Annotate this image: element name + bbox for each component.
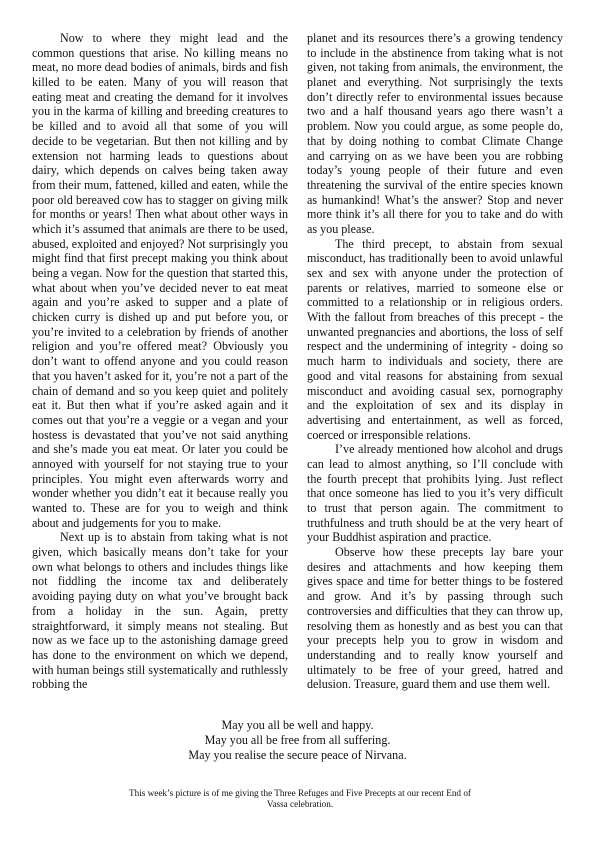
blessing-line: May you all be well and happy. — [0, 718, 595, 733]
left-column: Now to where they might lead and the com… — [32, 31, 288, 692]
paragraph-fourth-precept: I’ve already mentioned how alcohol and d… — [307, 442, 563, 545]
blessing-line: May you realise the secure peace of Nirv… — [0, 748, 595, 763]
paragraph-conclusion: Observe how these precepts lay bare your… — [307, 545, 563, 692]
blessing-block: May you all be well and happy. May you a… — [0, 718, 595, 763]
blessing-line: May you all be free from all suffering. — [0, 733, 595, 748]
paragraph-second-precept-continued: planet and its resources there’s a growi… — [307, 31, 563, 237]
paragraph-third-precept: The third precept, to abstain from sexua… — [307, 237, 563, 443]
paragraph-first-precept: Now to where they might lead and the com… — [32, 31, 288, 530]
right-column: planet and its resources there’s a growi… — [307, 31, 563, 692]
picture-caption: This week’s picture is of me giving the … — [120, 788, 480, 810]
paragraph-second-precept: Next up is to abstain from taking what i… — [32, 530, 288, 692]
